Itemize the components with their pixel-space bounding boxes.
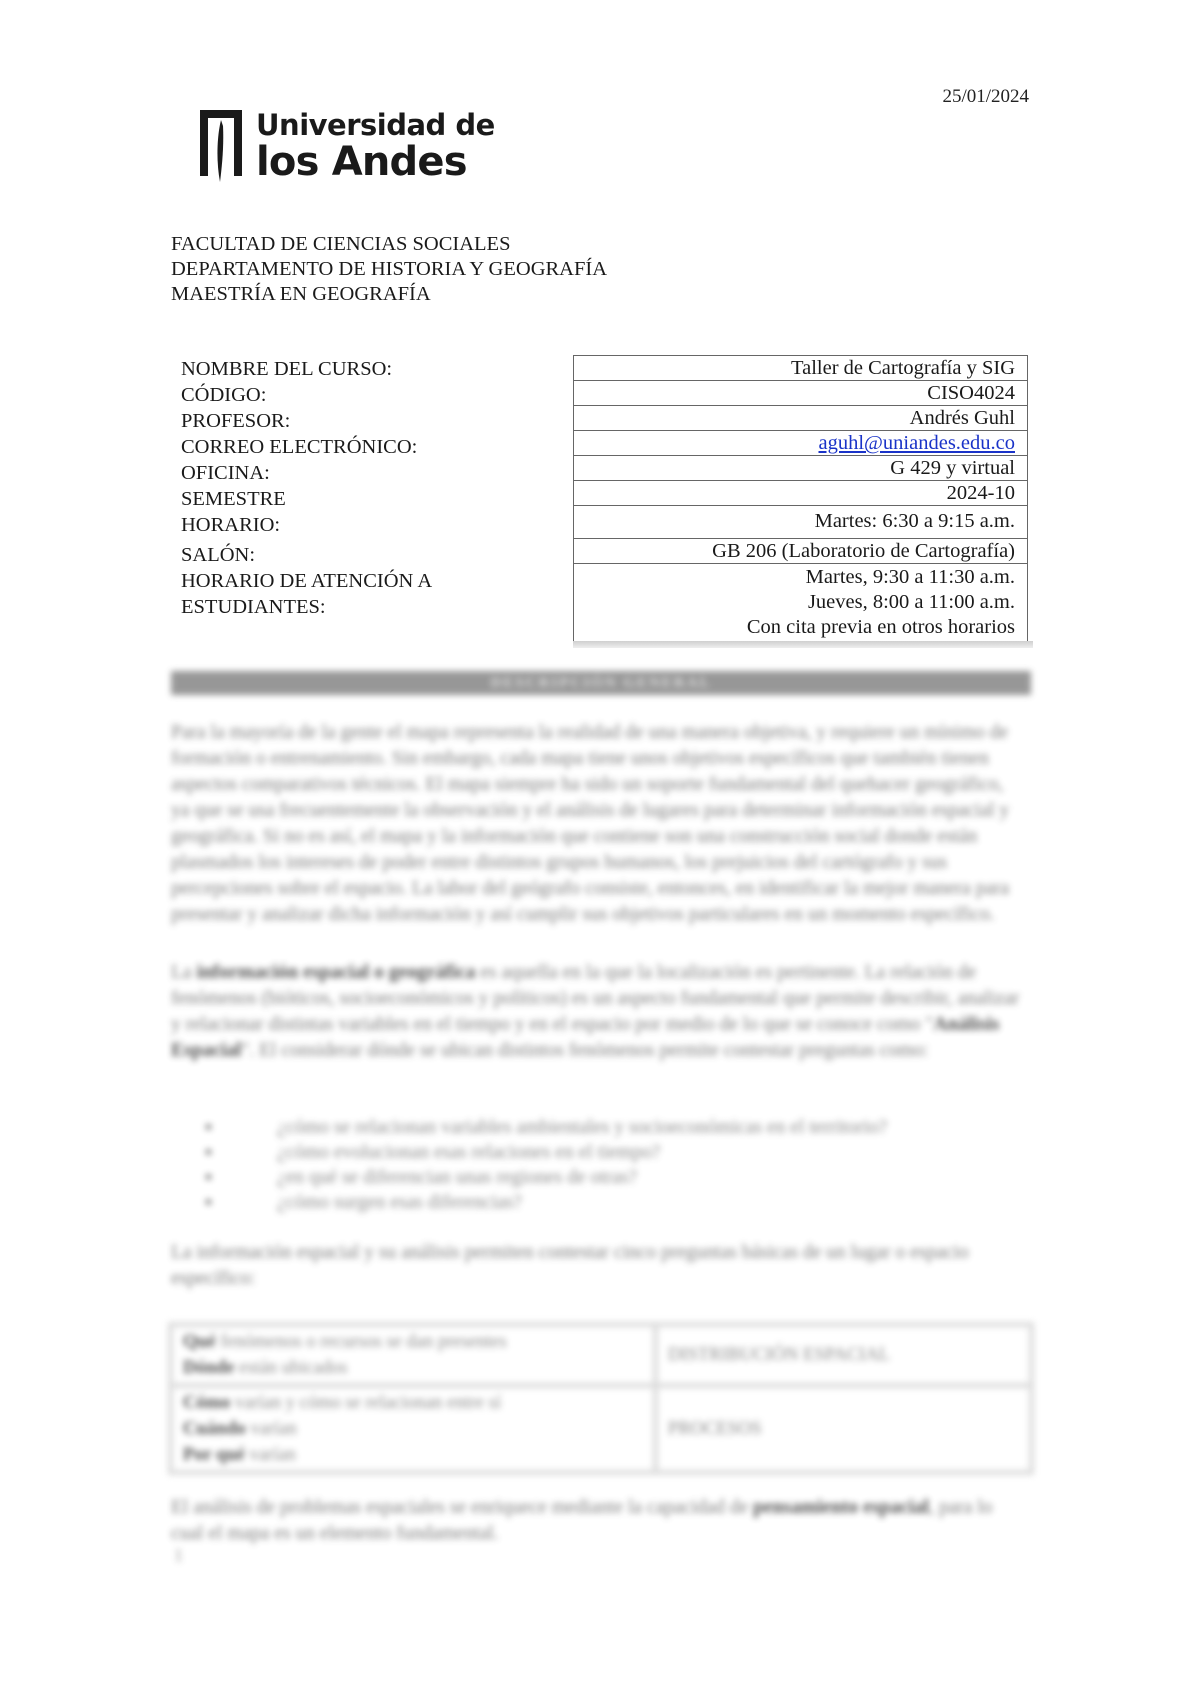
section-heading-general-description: DESCRIPCIÓN GENERAL (171, 671, 1031, 695)
faculty-header: FACULTAD DE CIENCIAS SOCIALES DEPARTAMEN… (171, 232, 607, 307)
page-number: 1 (174, 1545, 183, 1566)
question-text: varían (246, 1419, 297, 1439)
table-bottom-shadow (573, 641, 1033, 648)
label-office-hours-2: ESTUDIANTES: (181, 594, 432, 620)
list-item-text: ¿cómo surgen esas diferencias? (277, 1190, 522, 1215)
label-office-hours-1: HORARIO DE ATENCIÓN A (181, 568, 432, 594)
value-office: G 429 y virtual (574, 456, 1028, 481)
list-item-text: ¿cómo evolucionan esas relaciones en el … (277, 1140, 660, 1165)
table-row: Qué fenómenos o recursos se dan presente… (171, 1325, 1032, 1386)
list-item-text: ¿cómo se relacionan variables ambientale… (277, 1115, 887, 1140)
value-schedule: Martes: 6:30 a 9:15 a.m. (574, 506, 1028, 539)
list-item: ▪¿cómo surgen esas diferencias? (205, 1190, 887, 1215)
bullet-icon: ▪ (205, 1115, 277, 1140)
value-email-cell: aguhl@uniandes.edu.co (574, 431, 1028, 456)
bold-term: pensamiento espacial (753, 1497, 929, 1518)
table-row: Cómo varían y cómo se relacionan entre s… (171, 1386, 1032, 1473)
question-word: Cuándo (183, 1419, 246, 1439)
label-email: CORREO ELECTRÓNICO: (181, 434, 432, 460)
list-item-text: ¿en qué se diferencian unas regiones de … (277, 1165, 637, 1190)
value-course-name: Taller de Cartografía y SIG (574, 356, 1028, 381)
questions-list: ▪¿cómo se relacionan variables ambiental… (205, 1115, 887, 1215)
paragraph-intro: Para la mayoría de la gente el mapa repr… (171, 720, 1021, 928)
department-name: DEPARTAMENTO DE HISTORIA Y GEOGRAFÍA (171, 257, 607, 282)
question-word: Dónde (183, 1358, 234, 1378)
question-word: Por qué (183, 1445, 245, 1465)
value-code: CISO4024 (574, 381, 1028, 406)
list-item: ▪¿en qué se diferencian unas regiones de… (205, 1165, 887, 1190)
questions-cell: Qué fenómenos o recursos se dan presente… (171, 1325, 656, 1386)
office-hours-line: Con cita previa en otros horarios (578, 615, 1015, 640)
question-text: varían y cómo se relacionan entre sí (230, 1393, 501, 1413)
label-semester: SEMESTRE (181, 486, 432, 512)
document-date: 25/01/2024 (942, 86, 1029, 108)
question-text: fenómenos o recursos se dan presentes (216, 1332, 507, 1352)
bold-term: información espacial o geográfica (196, 962, 475, 983)
program-name: MAESTRÍA EN GEOGRAFÍA (171, 282, 607, 307)
concept-table: Qué fenómenos o recursos se dan presente… (168, 1322, 1034, 1475)
text-segment: ". El considerar dónde se ubican distint… (241, 1040, 928, 1061)
list-item: ▪¿cómo evolucionan esas relaciones en el… (205, 1140, 887, 1165)
question-word: Qué (183, 1332, 216, 1352)
concept-cell: DISTRIBUCIÓN ESPACIAL (656, 1325, 1032, 1386)
value-semester: 2024-10 (574, 481, 1028, 506)
bullet-icon: ▪ (205, 1140, 277, 1165)
email-link[interactable]: aguhl@uniandes.edu.co (819, 432, 1016, 454)
faculty-name: FACULTAD DE CIENCIAS SOCIALES (171, 232, 607, 257)
list-item: ▪¿cómo se relacionan variables ambiental… (205, 1115, 887, 1140)
label-course-name: NOMBRE DEL CURSO: (181, 356, 432, 382)
label-code: CÓDIGO: (181, 382, 432, 408)
paragraph-five-questions: La información espacial y su análisis pe… (171, 1240, 1021, 1292)
label-professor: PROFESOR: (181, 408, 432, 434)
concept-cell: PROCESOS (656, 1386, 1032, 1473)
course-info-labels: NOMBRE DEL CURSO: CÓDIGO: PROFESOR: CORR… (181, 356, 432, 620)
logo-text-line2: los Andes (256, 142, 495, 182)
questions-cell: Cómo varían y cómo se relacionan entre s… (171, 1386, 656, 1473)
paragraph-spatial-info: La información espacial o geográfica es … (171, 960, 1021, 1064)
question-text: varían (245, 1445, 296, 1465)
question-text: están ubicados (234, 1358, 347, 1378)
bullet-icon: ▪ (205, 1190, 277, 1215)
uniandes-shield-icon (196, 106, 246, 186)
paragraph-spatial-thinking: El análisis de problemas espaciales se e… (171, 1495, 1021, 1547)
value-room: GB 206 (Laboratorio de Cartografía) (574, 539, 1028, 564)
logo-text-line1: Universidad de (256, 111, 495, 140)
course-info-table: Taller de Cartografía y SIG CISO4024 And… (573, 355, 1028, 641)
text-segment: La (171, 962, 196, 983)
question-word: Cómo (183, 1393, 230, 1413)
blurred-content-region: DESCRIPCIÓN GENERAL Para la mayoría de l… (0, 660, 1190, 1660)
university-logo: Universidad de los Andes (196, 104, 495, 188)
label-room: SALÓN: (181, 542, 432, 568)
value-professor: Andrés Guhl (574, 406, 1028, 431)
label-schedule: HORARIO: (181, 512, 432, 538)
office-hours-line: Jueves, 8:00 a 11:00 a.m. (578, 590, 1015, 615)
office-hours-line: Martes, 9:30 a 11:30 a.m. (578, 565, 1015, 590)
label-office: OFICINA: (181, 460, 432, 486)
text-segment: El análisis de problemas espaciales se e… (171, 1497, 753, 1518)
value-office-hours: Martes, 9:30 a 11:30 a.m. Jueves, 8:00 a… (574, 564, 1028, 642)
bullet-icon: ▪ (205, 1165, 277, 1190)
